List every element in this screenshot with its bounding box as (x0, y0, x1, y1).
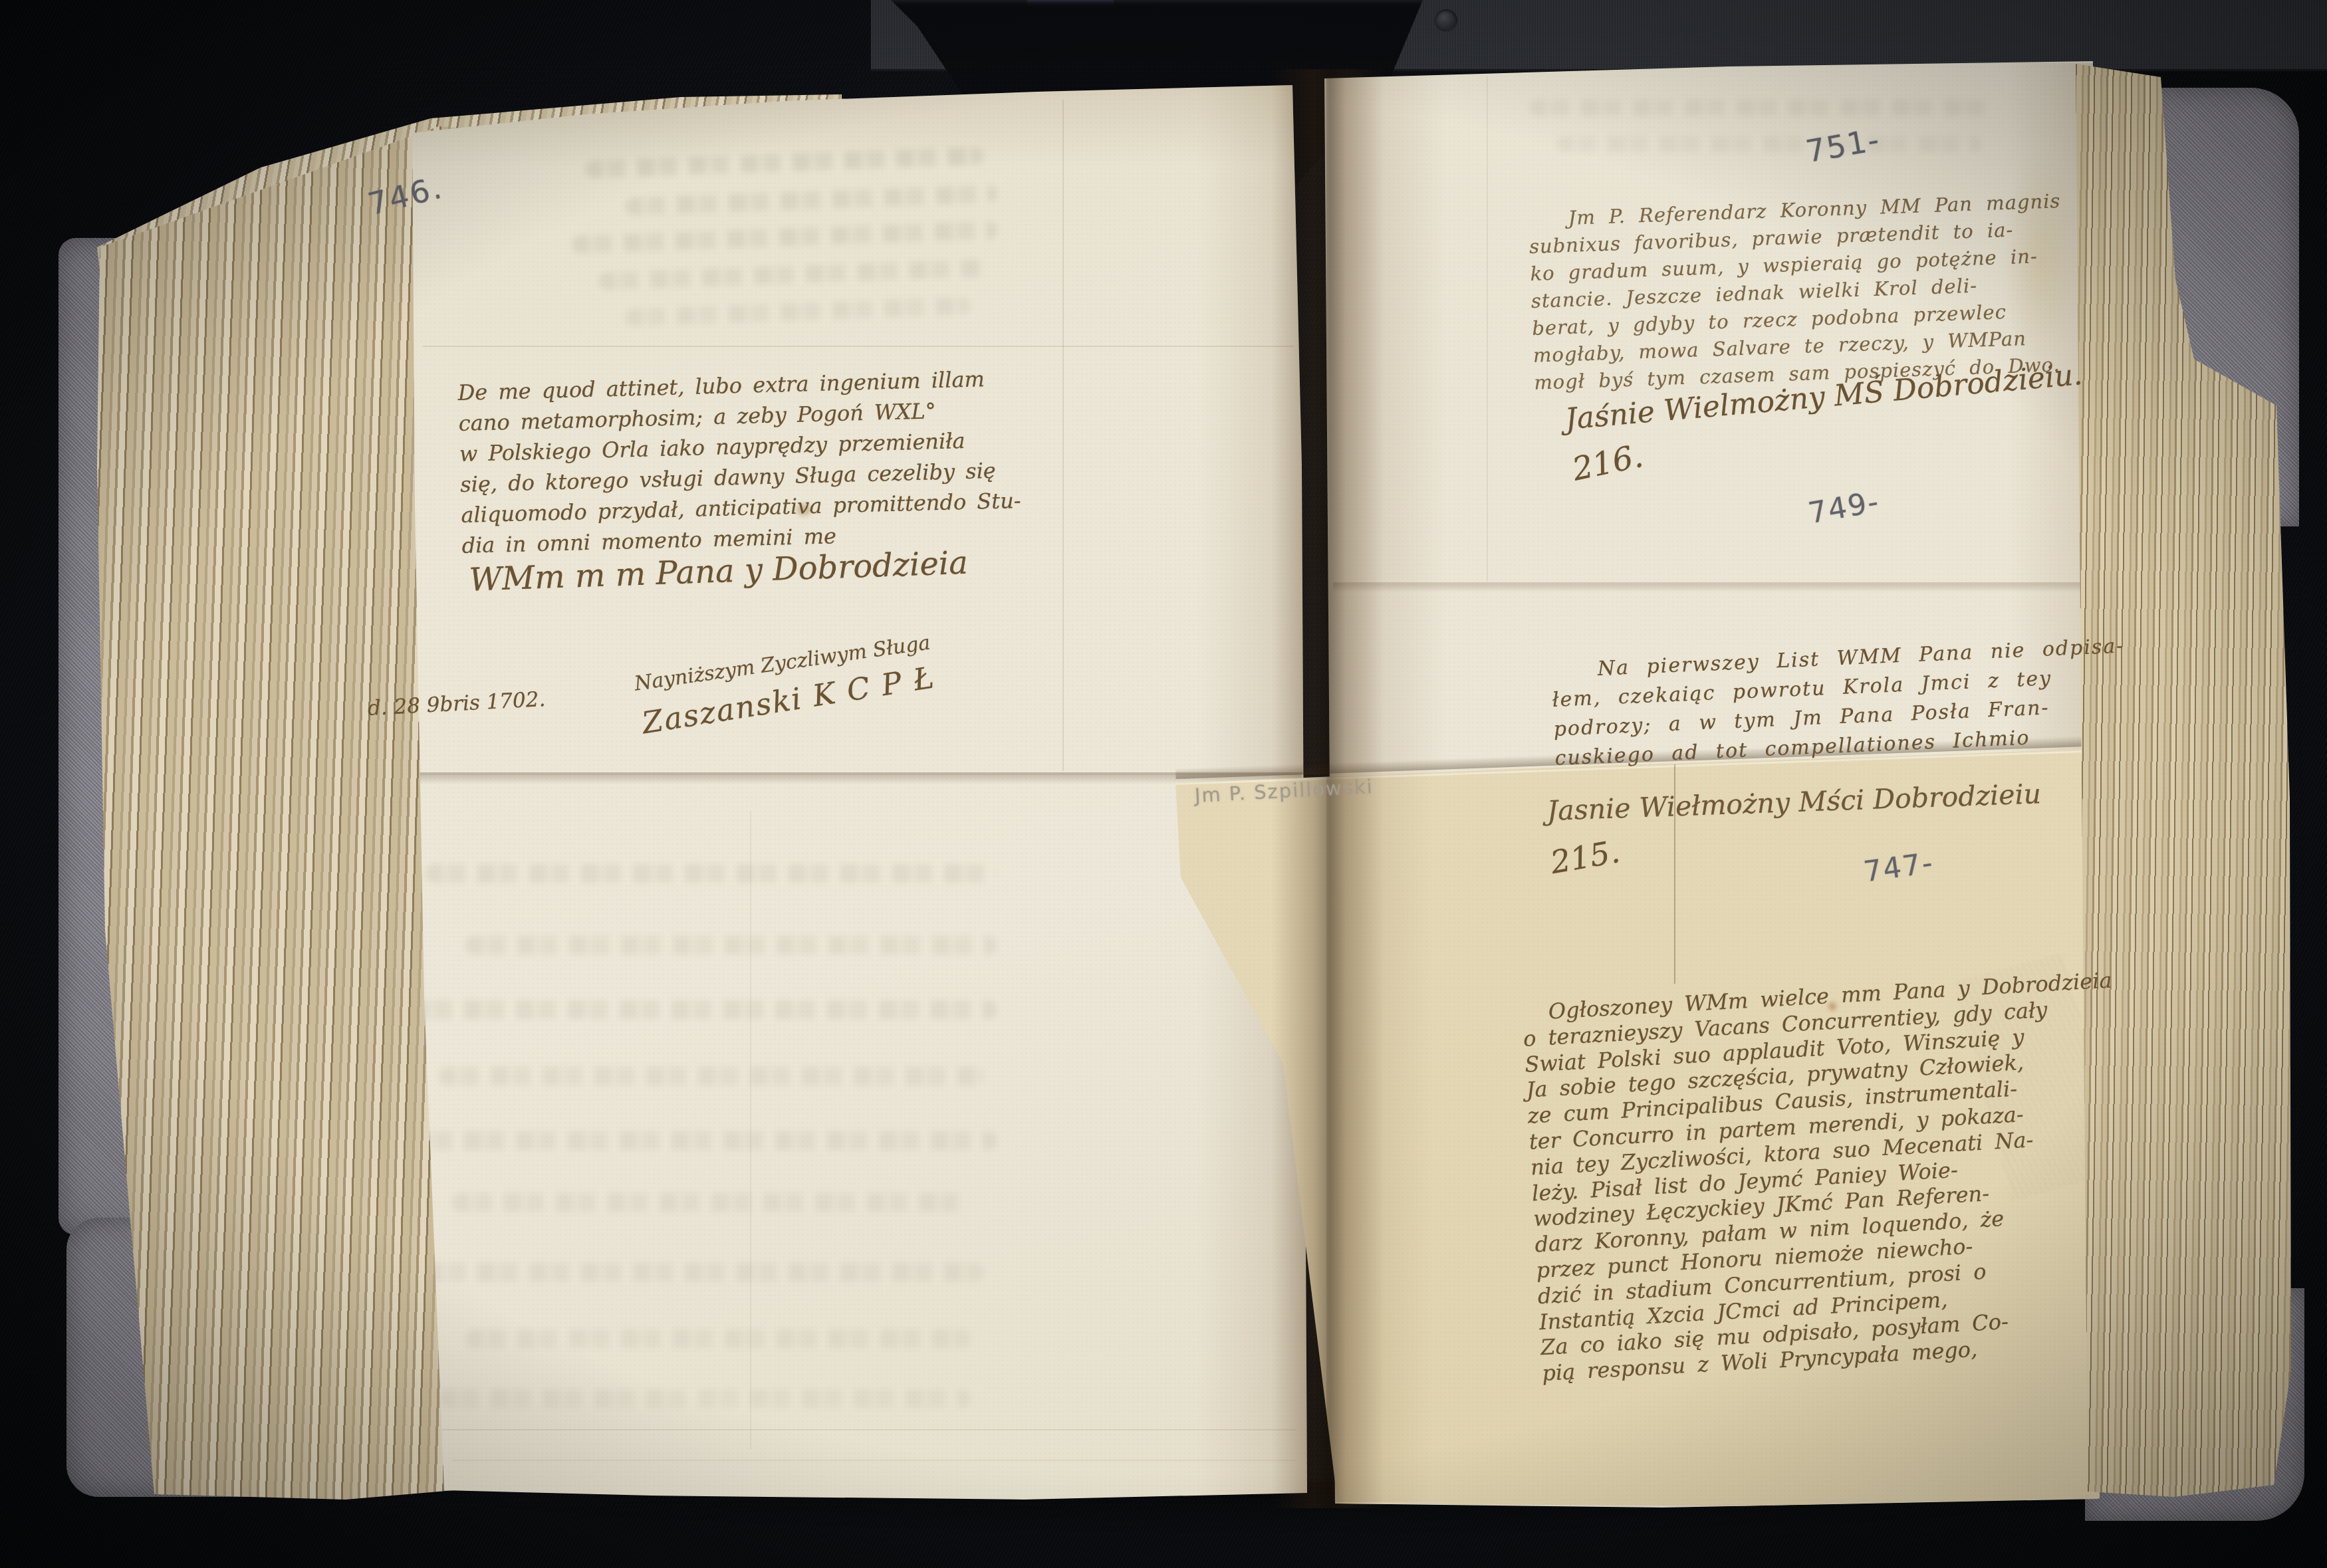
vignette (0, 0, 2327, 1568)
manuscript-scan: 746. De me quod attinet, lubo extra inge… (0, 0, 2327, 1568)
